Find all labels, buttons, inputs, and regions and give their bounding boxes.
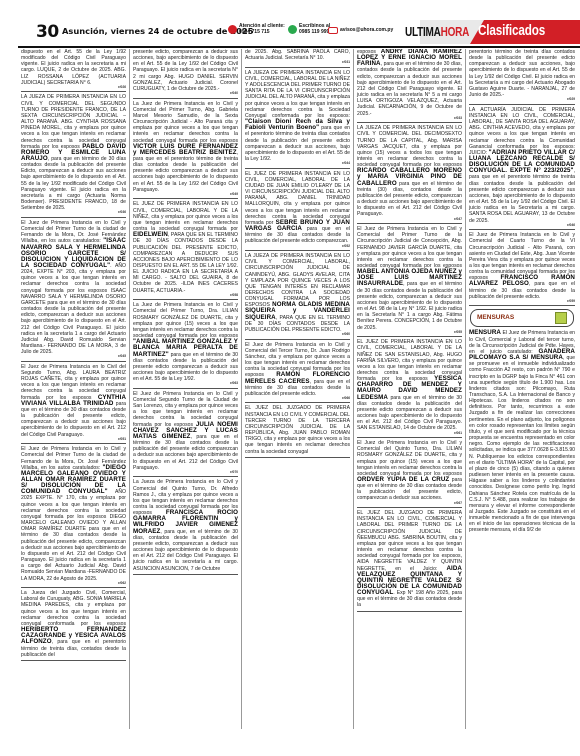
- customer-service-contact[interactable]: Atención al cliente:0994 715 715: [228, 24, 285, 35]
- legal-notice: LA JUEZA DE PRIMERA INSTANCIA EN LO CIVI…: [21, 94, 126, 217]
- column-5: perentorio término de treinta días conta…: [466, 49, 578, 729]
- column-1: dispuesto en el Art. 55 de la Ley 1/92 m…: [18, 49, 130, 729]
- legal-notice: EL JUEZ DEL JUZGADO DE PRIMERA INSTANCIA…: [357, 510, 462, 612]
- legal-notice: LA ACTUARÍA JUDICIAL DE PRIMERA INSTANCI…: [469, 107, 575, 230]
- map-plot-icon: [555, 312, 567, 324]
- legal-notice: perentorio término de treinta días conta…: [469, 49, 575, 105]
- mensura-notice: MENSURA El Juez de Primera Instancia en …: [469, 330, 575, 535]
- legal-notice: LA JUEZA DE PRIMERA INSTANCIA EN LO CIVI…: [245, 70, 350, 169]
- legal-notice: La Juez de Primera Instancia en lo Civil…: [133, 302, 238, 389]
- legal-notice: El Juez de Primera Instancia en lo Civil…: [21, 446, 126, 588]
- legal-notice: LA JUEZA DE PRIMERA INSTANCIA EN LO CIVI…: [357, 125, 462, 224]
- whatsapp-number: 0985 119 999: [299, 30, 330, 36]
- legal-notice: EL JUEZ DE PRIMERA INSTANCIA EN LO CIVIL…: [245, 171, 350, 251]
- phone-number: 0994 715 715: [239, 30, 285, 36]
- email-icon: [328, 27, 338, 34]
- ultimahora-logo[interactable]: ULTIMAHORA: [405, 25, 469, 39]
- legal-notice: El Juez de Primera Instancia en lo Civil…: [357, 440, 462, 508]
- legal-notice: EL JUEZ DE PRIMERA INSTANCIA EN LO CIVIL…: [357, 339, 462, 438]
- legal-notice: El Juez de Primera Instancia en lo Civil…: [357, 226, 462, 337]
- legal-notice: dispuesto en el Art. 55 de la Ley 1/92 m…: [21, 49, 126, 92]
- column-3: de 2025. Abg. SABRINA PAOLA CARO, Actuar…: [242, 49, 354, 729]
- legal-notice: El Juez de Primera Instancia en lo Civil…: [21, 220, 126, 362]
- page-number: 30: [36, 22, 59, 42]
- legal-notice: presente edicto, comparezcan a deducir s…: [133, 49, 238, 99]
- legal-notice: esposos ANDRY DIANA RAMIREZ LOPEZ Y ERNE…: [357, 49, 462, 123]
- legal-notice: El Juez de Primera Instancia en lo Civil…: [21, 364, 126, 444]
- email-address: avisos@uhora.com.py: [340, 28, 393, 34]
- whatsapp-icon: [288, 25, 297, 34]
- whatsapp-contact[interactable]: Escribinos al0985 119 999: [288, 24, 330, 35]
- page-header: 30 Asunción, viernes 24 de octubre de 20…: [0, 0, 580, 48]
- mensuras-section-header: MENSURAS: [470, 309, 574, 327]
- legal-notice: La Jueza del Juzgado Civil, Comercial, L…: [21, 590, 126, 661]
- legal-notice: EL JUEZ DEL JUZGADO DE PRIMERA INSTANCIA…: [245, 405, 350, 457]
- legal-notice: de 2025. Abg. SABRINA PAOLA CARO, Actuar…: [245, 49, 350, 68]
- legal-notice: El Juez de Primera Instancia en lo Civil…: [245, 342, 350, 404]
- email-contact[interactable]: avisos@uhora.com.py: [328, 27, 393, 34]
- header-rule: [18, 46, 580, 48]
- legal-notice: La Jueza de Primera Instancia en lo Civi…: [133, 479, 238, 574]
- publication-date: Asunción, viernes 24 de octubre de 2025: [62, 26, 253, 36]
- mensuras-label: MENSURAS: [477, 315, 514, 321]
- classifieds-columns: dispuesto en el Art. 55 de la Ley 1/92 m…: [18, 49, 578, 729]
- column-4: esposos ANDRY DIANA RAMIREZ LOPEZ Y ERNE…: [354, 49, 466, 729]
- legal-notice: La Juez de Primera Instancia en lo Civil…: [133, 101, 238, 200]
- section-title: Clasificados: [478, 22, 545, 39]
- phone-icon: [228, 25, 237, 34]
- legal-notice: LA JUEZA DE PRIMERA INSTANCIA EN LO CIVI…: [245, 253, 350, 340]
- legal-notice: El Juez de Primera Instancia en lo Civil…: [133, 391, 238, 478]
- legal-notice: EL JUEZ DE PRIMERA INSTANCIA EN LO CIVIL…: [133, 201, 238, 300]
- column-2: presente edicto, comparezcan a deducir s…: [130, 49, 242, 729]
- legal-notice: El Juez de Primera Instancia en lo Civil…: [469, 232, 575, 306]
